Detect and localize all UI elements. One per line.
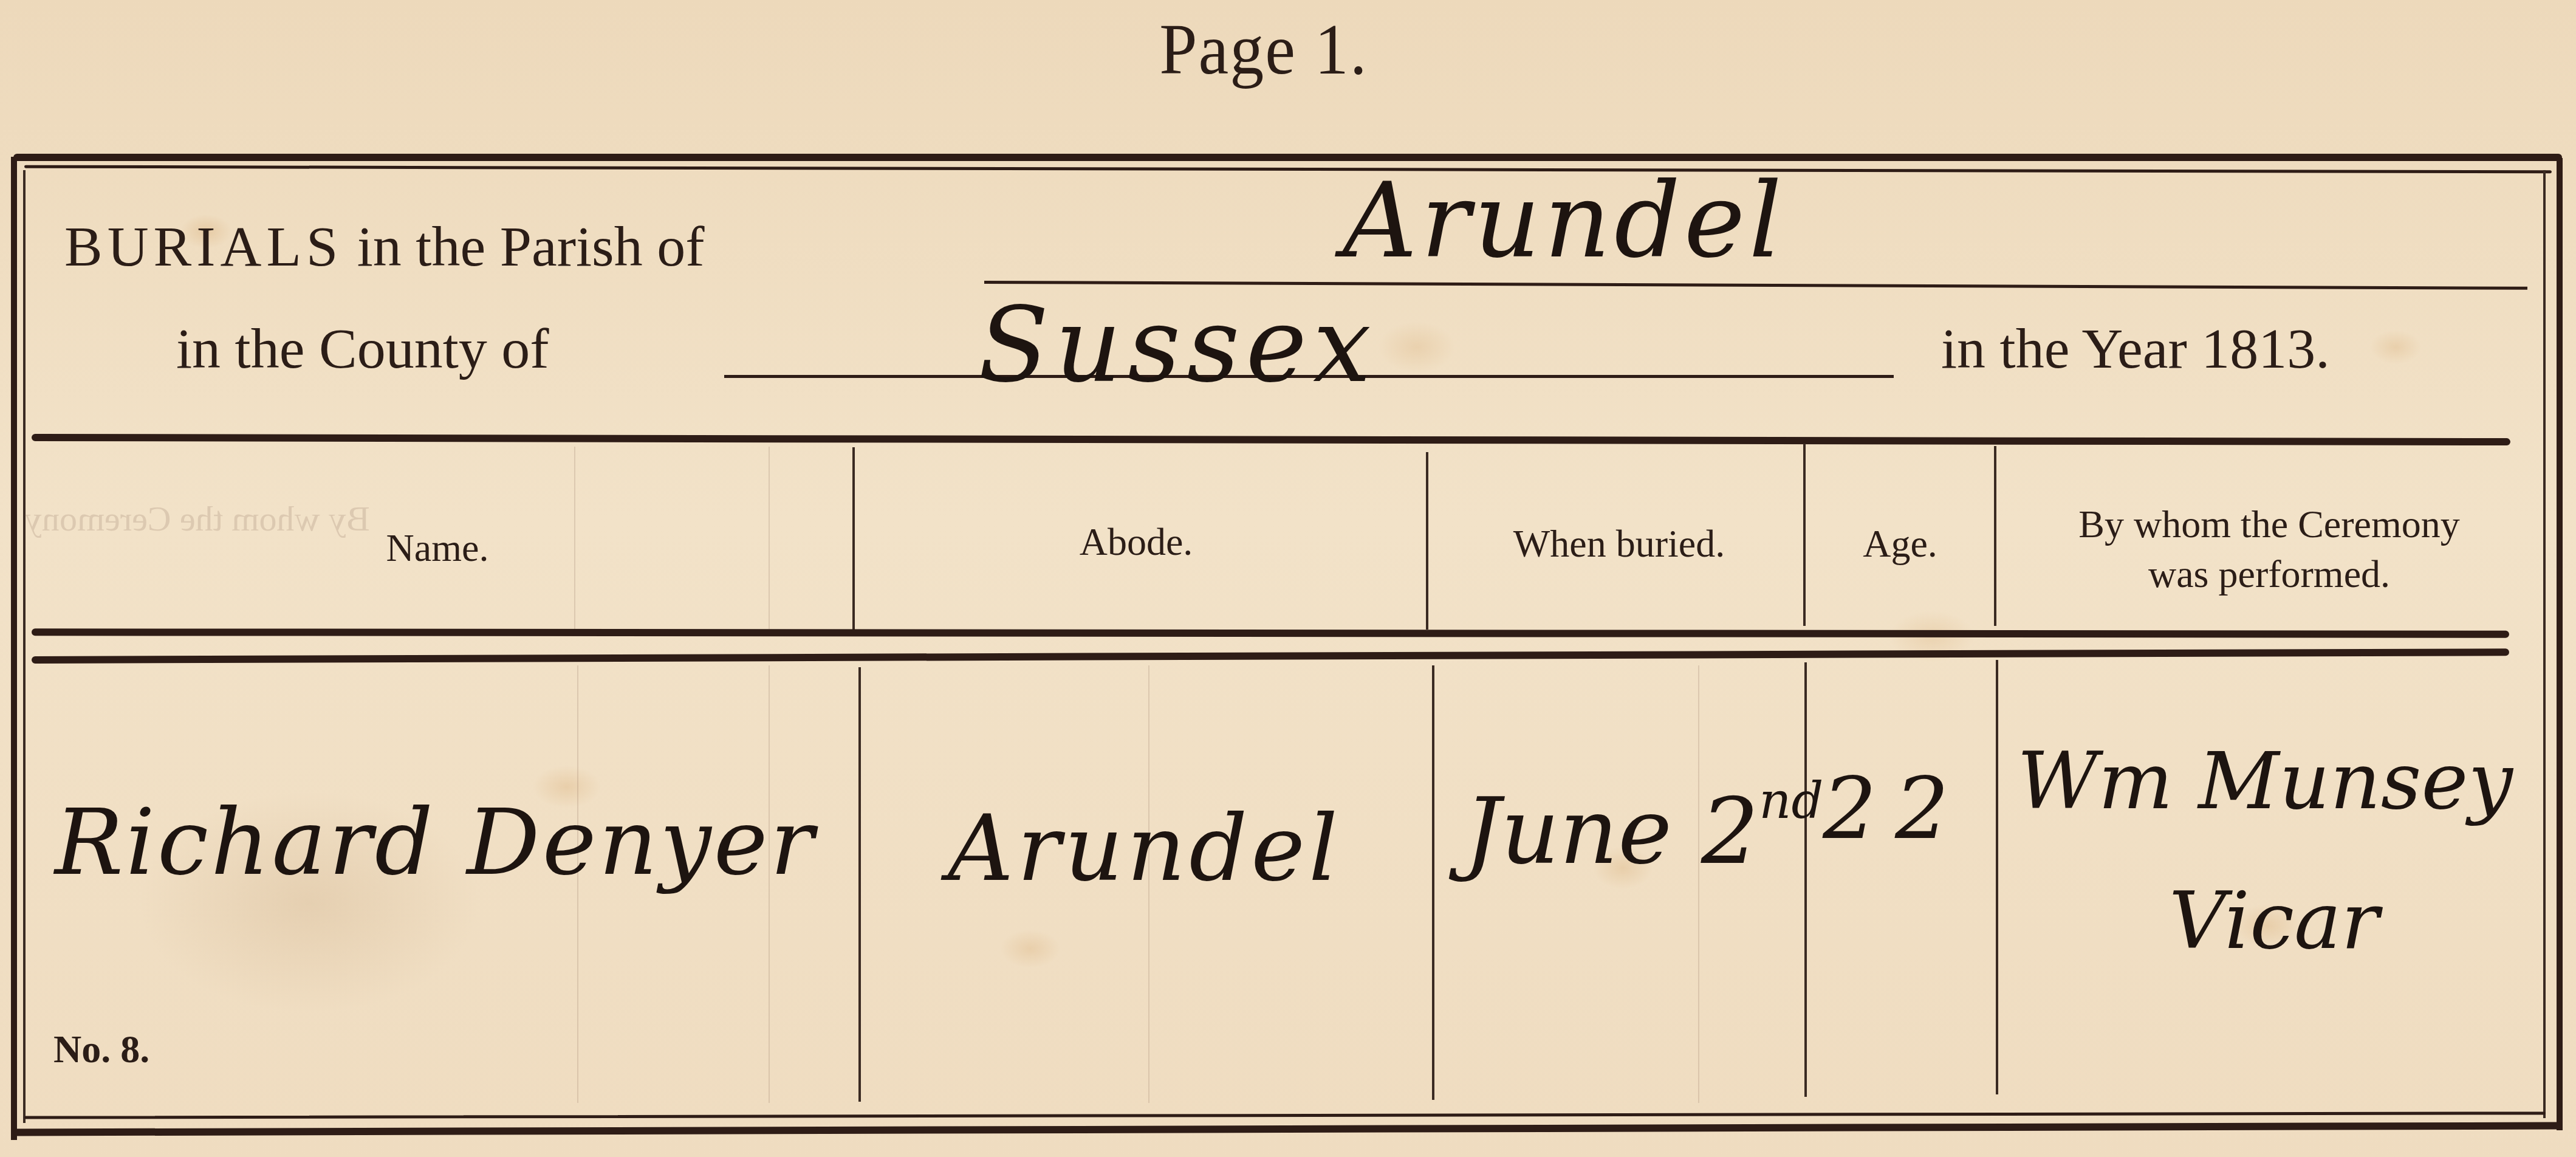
officiant-title: Vicar (2017, 851, 2513, 990)
column-header-officiant: By whom the Ceremony was performed. (1999, 500, 2540, 599)
column-header-officiant-line2: was performed. (1999, 549, 2540, 599)
officiant-name: Wm Munsey (2017, 711, 2513, 851)
body-divider-2 (1432, 665, 1434, 1100)
burial-abode: Arundel (948, 796, 1341, 902)
column-header-name: Name. (243, 526, 632, 571)
column-header-when-buried: When buried. (1440, 521, 1798, 566)
frame-bottom-outer-rule (13, 1122, 2560, 1136)
page-number-heading: Page 1. (0, 9, 2527, 91)
burial-officiant: Wm Munsey Vicar (2017, 711, 2513, 990)
frame-left-inner-rule (23, 170, 26, 1123)
burial-date-suffix: nd (1759, 772, 1823, 830)
frame-top-inner-rule (24, 165, 2552, 174)
body-divider-1 (858, 667, 861, 1102)
burial-date-month: June (1464, 779, 1672, 885)
burial-date-day: 2 (1701, 779, 1759, 885)
body-divider-4 (1996, 660, 1998, 1094)
title-burials: BURIALS (64, 215, 343, 278)
parish-handwritten-value: Arundel (1343, 161, 1786, 281)
ghost-column-line (769, 447, 770, 629)
frame-right-outer-rule (2557, 158, 2563, 1130)
frame-left-outer-rule (11, 157, 17, 1140)
header-divider-1 (852, 447, 855, 630)
burial-name: Richard Denyer (55, 790, 816, 896)
column-header-officiant-line1: By whom the Ceremony (1999, 500, 2540, 549)
header-divider-4 (1994, 446, 1996, 626)
header-bottom-rule-upper (32, 628, 2509, 638)
frame-top-outer-rule (13, 154, 2562, 161)
register-title: BURIALS in the Parish of (64, 214, 704, 280)
column-header-abode: Abode. (948, 520, 1324, 565)
county-handwritten-value: Sussex (978, 286, 1377, 406)
title-bottom-rule (32, 434, 2510, 445)
header-bottom-rule-lower (32, 648, 2509, 664)
column-header-age: Age. (1807, 521, 1993, 566)
county-label: in the County of (176, 316, 549, 382)
title-parish-label: in the Parish of (357, 215, 705, 278)
frame-bottom-inner-rule (24, 1111, 2546, 1119)
year-label: in the Year 1813. (1941, 316, 2330, 382)
burial-date: June 2nd (1464, 772, 1823, 885)
frame-right-inner-rule (2543, 170, 2546, 1118)
burial-age: 22 (1823, 760, 1967, 859)
header-divider-2 (1426, 452, 1428, 630)
header-divider-3 (1803, 444, 1806, 626)
entry-number: No. 8. (53, 1027, 149, 1072)
